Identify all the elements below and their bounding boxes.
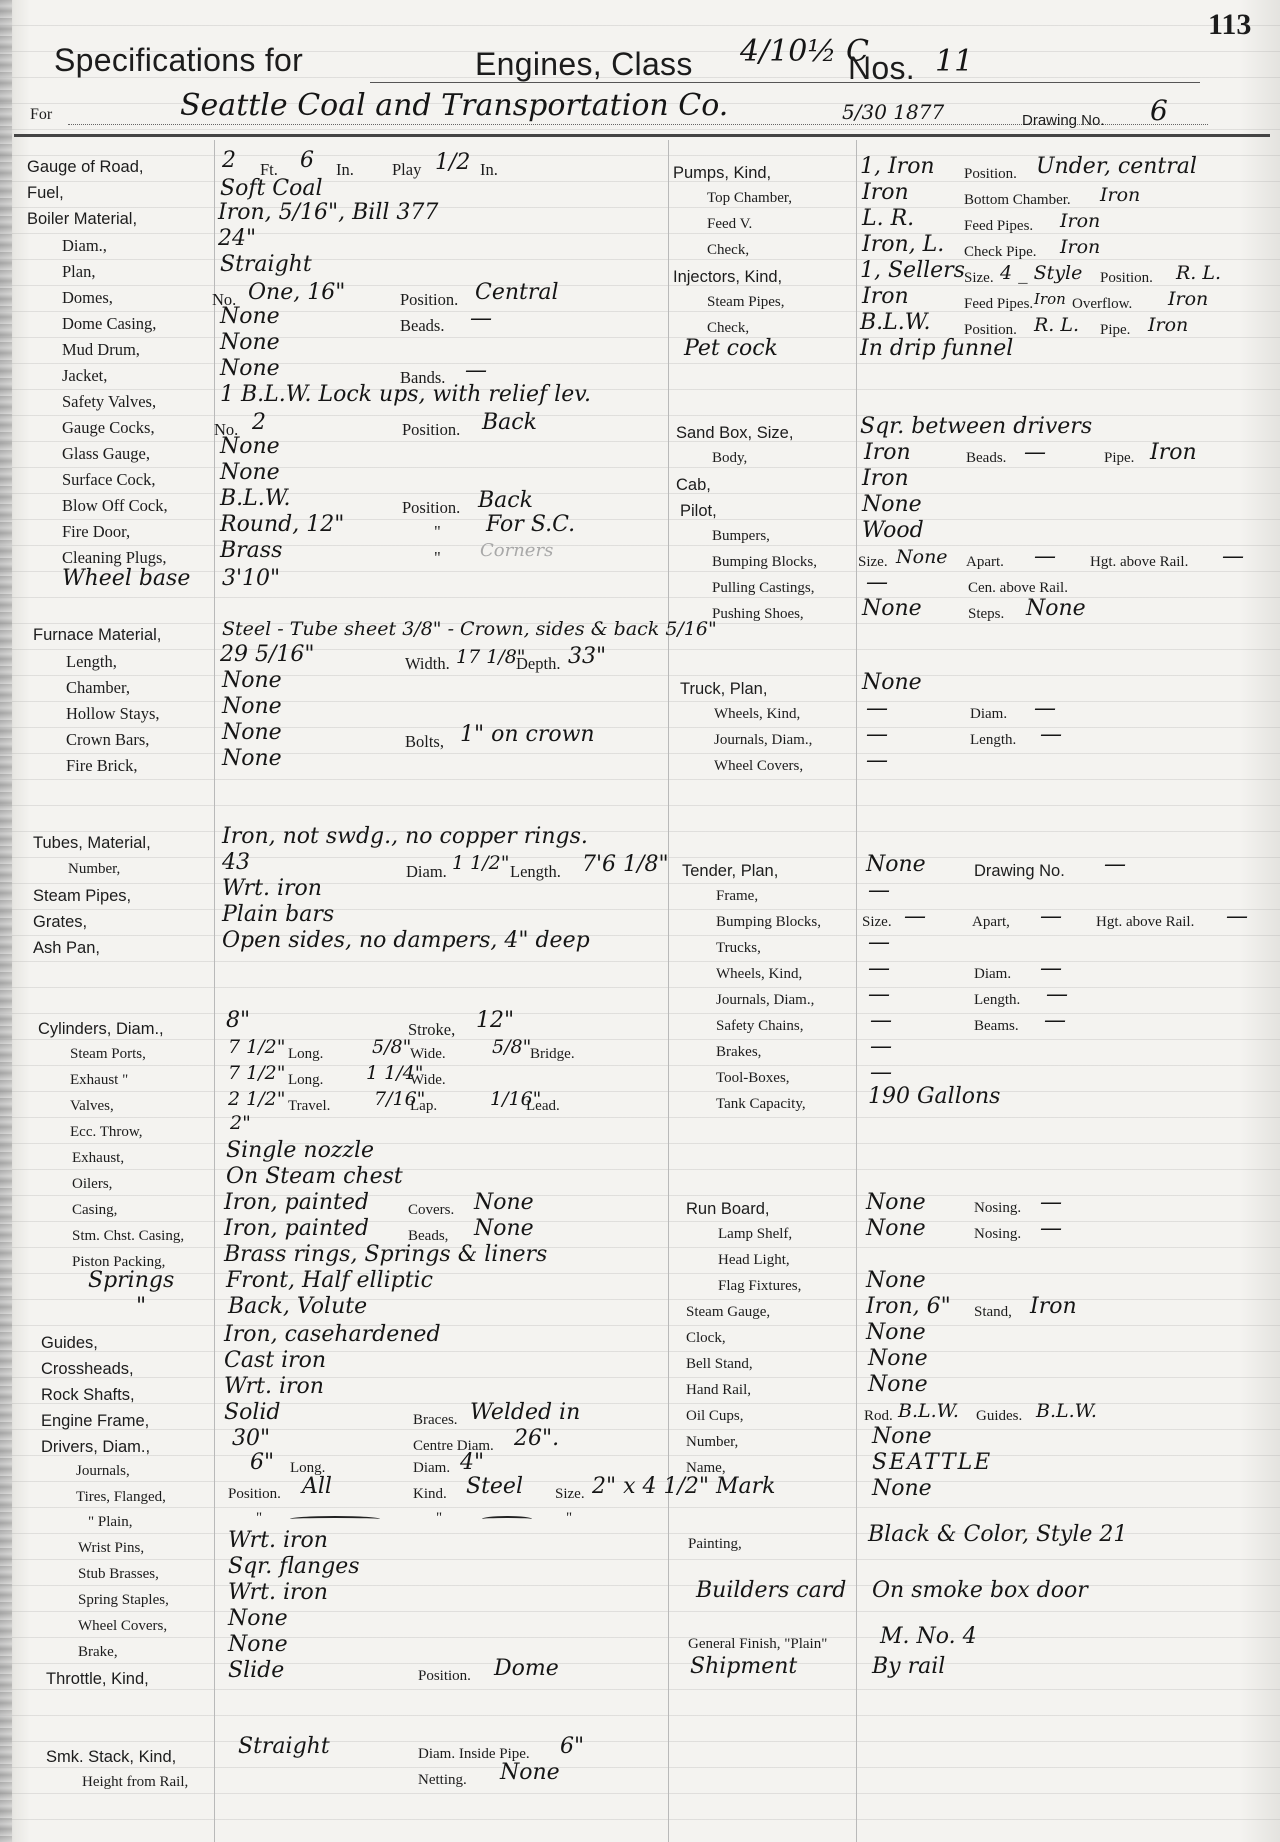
grates-value: Plain bars: [222, 902, 334, 927]
label-pilot: Pilot,: [680, 502, 717, 521]
blank-dash: [482, 1516, 532, 1522]
engine-frame-value: Solid: [224, 1400, 280, 1425]
label-cylinders: Cylinders, Diam.,: [38, 1020, 164, 1039]
label-run-board: Run Board,: [686, 1200, 769, 1219]
label-diam: Diam.,: [62, 236, 107, 256]
rock-shafts-value: Wrt. iron: [224, 1374, 324, 1399]
run-board-nosing: —: [1040, 1190, 1062, 1215]
tubes-material-value: Iron, not swdg., no copper rings.: [222, 824, 588, 849]
ditto-mark: ": [434, 522, 441, 542]
furnace-length-value: 29 5/16": [220, 642, 315, 667]
dome-casing-beads: —: [470, 306, 492, 331]
label-truck-plan: Truck, Plan,: [680, 680, 767, 699]
label-tool-boxes: Tool-Boxes,: [716, 1070, 790, 1087]
gauge-ft: 2: [222, 148, 236, 173]
pumps-value: 1, Iron: [860, 154, 935, 179]
label-overflow: Overflow.: [1072, 296, 1132, 313]
casing-value: Iron, painted: [224, 1190, 369, 1215]
label-jacket: Jacket,: [62, 366, 107, 386]
for-label: For: [30, 106, 52, 124]
hand-rail-value: None: [868, 1372, 928, 1397]
tender-trucks-value: —: [868, 930, 890, 955]
ecc-throw-value: 2": [230, 1112, 251, 1134]
pumps-position: Under, central: [1036, 154, 1197, 179]
label-feed-pipes: Feed Pipes.: [964, 296, 1033, 313]
label-top-chamber: Top Chamber,: [707, 190, 792, 207]
label-blow-off-cock: Blow Off Cock,: [62, 496, 168, 516]
label-spring-staples: Spring Staples,: [78, 1592, 169, 1609]
steam-gauge-stand: Iron: [1030, 1294, 1077, 1319]
ditto-mark: ": [566, 1510, 572, 1527]
label-length: Length.: [510, 862, 561, 882]
casing-covers: None: [474, 1190, 534, 1215]
column-divider: [856, 140, 857, 1842]
label-safety-chains: Safety Chains,: [716, 1018, 804, 1035]
label-stand: Stand,: [974, 1304, 1012, 1321]
label-travel: Travel.: [288, 1098, 330, 1115]
label-stm-chst-casing: Stm. Chst. Casing,: [72, 1228, 184, 1245]
feed-v-value: L. R.: [862, 206, 914, 231]
crown-bars-value: None: [222, 720, 282, 745]
label-drivers: Drivers, Diam.,: [41, 1438, 150, 1457]
ditto-mark: ": [436, 1510, 442, 1527]
label-grates: Grates,: [33, 913, 87, 932]
steam-pipes-value: Wrt. iron: [222, 876, 322, 901]
customer-name: Seattle Coal and Transportation Co.: [180, 88, 728, 123]
springs-ditto: ": [136, 1294, 146, 1319]
glass-gauge-value: None: [220, 434, 280, 459]
label-size: Size.: [862, 914, 892, 931]
furnace-depth: 33": [568, 644, 606, 669]
truck-wheel-covers-value: —: [866, 748, 888, 773]
label-position: Position.: [964, 166, 1017, 183]
label-in: In.: [336, 160, 354, 180]
lamp-shelf-nosing: —: [1040, 1216, 1062, 1241]
label-head-light: Head Light,: [718, 1252, 790, 1269]
number-value: None: [872, 1424, 932, 1449]
order-date: 5/30 1877: [842, 100, 944, 124]
throttle-value: Slide: [228, 1658, 284, 1683]
label-position: Position.: [418, 1668, 471, 1685]
inj-feed-pipes-value: Iron: [1034, 290, 1066, 308]
steam-ports-bridge: 5/8": [492, 1036, 531, 1058]
label-builders-card: Builders card: [696, 1578, 846, 1603]
title-prefix: Specifications for: [54, 42, 303, 79]
mud-drum-value: None: [220, 330, 280, 355]
drivers-value: 30": [232, 1426, 270, 1451]
tubes-diam: 1 1/2": [452, 852, 509, 874]
inj-steam-pipes-value: Iron: [862, 284, 909, 309]
brakes-value: —: [870, 1034, 892, 1059]
drawing-label: Drawing No.: [1022, 112, 1105, 129]
label-diam: Diam.: [413, 1460, 450, 1477]
label-netting: Netting.: [418, 1772, 467, 1789]
springs-front-value: Front, Half elliptic: [226, 1268, 433, 1293]
label-nosing: Nosing.: [974, 1226, 1021, 1243]
label-diam: Diam.: [974, 966, 1011, 983]
label-tender-journals: Journals, Diam.,: [716, 992, 814, 1009]
netting-value: None: [500, 1760, 560, 1785]
guides-value: Iron, casehardened: [224, 1322, 441, 1347]
label-position: Position.: [1100, 270, 1153, 287]
truck-wheels-value: —: [866, 696, 888, 721]
piston-packing-value: Brass rings, Springs & liners: [224, 1242, 547, 1267]
name-value: SEATTLE: [872, 1450, 992, 1475]
safety-chains-value: —: [870, 1008, 892, 1033]
inj-check-position: R. L.: [1034, 314, 1079, 336]
label-pipe: Pipe.: [1104, 450, 1134, 467]
label-dome-casing: Dome Casing,: [62, 314, 156, 334]
label-stroke: Stroke,: [408, 1020, 455, 1040]
label-flag-fixtures: Flag Fixtures,: [718, 1278, 801, 1295]
crown-bars-bolts: 1" on crown: [460, 722, 595, 747]
inj-check-pipe: Iron: [1148, 314, 1188, 336]
cylinders-value: 8": [226, 1008, 250, 1033]
label-play-in: In.: [480, 160, 498, 180]
label-tender-plan: Tender, Plan,: [682, 862, 778, 881]
label-width: Width.: [405, 654, 450, 674]
label-hollow-stays: Hollow Stays,: [66, 704, 160, 724]
label-apart: Apart,: [972, 914, 1010, 931]
tender-frame-value: —: [868, 878, 890, 903]
tender-bumping-size: —: [904, 904, 926, 929]
label-bumpers: Bumpers,: [712, 528, 770, 545]
label-position: Position.: [228, 1486, 281, 1503]
journals-diam: 4": [460, 1450, 484, 1475]
steam-ports-long: 7 1/2": [228, 1036, 285, 1058]
surface-cock-value: None: [220, 460, 280, 485]
label-bottom-chamber: Bottom Chamber.: [964, 192, 1071, 209]
label-shipment: Shipment: [690, 1654, 797, 1679]
gauge-cocks-position: Back: [482, 410, 537, 435]
engine-frame-braces: Welded in: [470, 1400, 580, 1425]
specification-sheet: 113 Specifications for Engines, Class 4/…: [0, 0, 1280, 1842]
diam-value: 24": [218, 226, 256, 251]
valves-travel: 2 1/2": [228, 1088, 285, 1110]
label-injectors: Injectors, Kind,: [673, 268, 782, 287]
gauge-play: 1/2: [435, 150, 470, 175]
truck-journals-length: —: [1040, 722, 1062, 747]
domes-position: Central: [475, 280, 559, 305]
drawing-number: 6: [1150, 94, 1168, 127]
label-hand-rail: Hand Rail,: [686, 1382, 751, 1399]
tool-boxes-value: —: [870, 1060, 892, 1085]
label-tank-capacity: Tank Capacity,: [716, 1096, 806, 1113]
bumping-blocks-apart: —: [1034, 544, 1056, 569]
brake-value: None: [228, 1632, 288, 1657]
label-tender-bumping: Bumping Blocks,: [716, 914, 821, 931]
label-surface-cock: Surface Cock,: [62, 470, 155, 490]
stm-chst-casing-value: Iron, painted: [224, 1216, 369, 1241]
pulling-castings-value: —: [866, 570, 888, 595]
tires-flanged-position: All: [302, 1474, 332, 1499]
steam-gauge-value: Iron, 6": [866, 1294, 951, 1319]
body-beads: —: [1024, 440, 1046, 465]
label-beams: Beams.: [974, 1018, 1019, 1035]
tender-bumping-hgt: —: [1226, 904, 1248, 929]
label-mud-drum: Mud Drum,: [62, 340, 140, 360]
label-length: Length,: [66, 652, 117, 672]
oilers-value: On Steam chest: [226, 1164, 403, 1189]
label-size: Size.: [858, 554, 888, 571]
label-length: Length.: [974, 992, 1020, 1009]
label-depth: Depth.: [516, 654, 560, 674]
label-journals: Journals,: [76, 1463, 130, 1480]
label-wheel-covers: Wheel Covers,: [78, 1618, 167, 1635]
top-chamber-value: Iron: [862, 180, 909, 205]
label-position: Position.: [402, 498, 460, 518]
label-size: Size.: [555, 1486, 585, 1503]
tender-bumping-apart: —: [1040, 904, 1062, 929]
label-beads: Beads.: [400, 316, 444, 336]
label-general-finish: General Finish, "Plain": [688, 1636, 827, 1653]
label-boiler-material: Boiler Material,: [27, 210, 137, 229]
tender-journals-value: —: [868, 982, 890, 1007]
truck-wheels-diam: —: [1034, 696, 1056, 721]
label-size: Size.: [964, 270, 994, 287]
furnace-material-value: Steel - Tube sheet 3/8" - Crown, sides &…: [222, 618, 717, 640]
run-board-value: None: [866, 1190, 926, 1215]
plan-value: Straight: [220, 252, 312, 277]
label-lap: Lap.: [410, 1098, 437, 1115]
label-tender-frame: Frame,: [716, 888, 758, 905]
label-pet-cock: Pet cock: [684, 336, 778, 361]
label-diam: Diam.: [970, 706, 1007, 723]
blow-off-cock-position: Back: [478, 488, 533, 513]
dome-casing-value: None: [220, 304, 280, 329]
spring-staples-value: Wrt. iron: [228, 1580, 328, 1605]
smk-stack-value: Straight: [238, 1734, 330, 1759]
label-plan: Plan,: [62, 262, 95, 282]
truck-journals-value: —: [866, 722, 888, 747]
label-wide: Wide.: [410, 1046, 446, 1063]
label-pumps: Pumps, Kind,: [673, 164, 771, 183]
label-check: Check,: [707, 242, 749, 259]
label-steam-ports: Steam Ports,: [70, 1046, 146, 1063]
domes-value: One, 16": [248, 280, 345, 305]
label-exhaust: Exhaust,: [72, 1150, 124, 1167]
tender-wheels-value: —: [868, 956, 890, 981]
label-wheel-base: Wheel base: [62, 566, 190, 591]
blow-off-cock-value: B.L.W.: [220, 486, 291, 511]
mark-value: None: [872, 1476, 932, 1501]
body-pipe: Iron: [1150, 440, 1197, 465]
label-glass-gauge: Glass Gauge,: [62, 444, 150, 464]
label-cen-above-rail: Cen. above Rail.: [968, 580, 1068, 597]
tender-plan-value: None: [866, 852, 926, 877]
label-inj-steam-pipes: Steam Pipes,: [707, 294, 785, 311]
label-feed-pipes: Feed Pipes.: [964, 218, 1033, 235]
label-safety-valves: Safety Valves,: [62, 392, 156, 412]
cleaning-plugs-value: Brass: [220, 538, 282, 563]
label-name: Name,: [686, 1460, 726, 1477]
label-covers: Covers.: [408, 1202, 454, 1219]
pilot-value: None: [862, 492, 922, 517]
label-sand-box: Sand Box, Size,: [676, 424, 793, 443]
label-engine-frame: Engine Frame,: [41, 1412, 149, 1431]
label-gauge-of-road: Gauge of Road,: [27, 158, 144, 177]
label-fuel: Fuel,: [27, 184, 64, 203]
inj-check-value: B.L.W.: [860, 310, 931, 335]
label-long: Long.: [288, 1072, 323, 1089]
pet-cock-value: In drip funnel: [860, 336, 1013, 361]
steam-ports-wide: 5/8": [372, 1036, 411, 1058]
stm-chst-casing-beads: None: [474, 1216, 534, 1241]
bell-stand-value: None: [868, 1346, 928, 1371]
label-stub-brasses: Stub Brasses,: [78, 1566, 159, 1583]
label-bridge: Bridge.: [530, 1046, 575, 1063]
tires-flanged-kind: Steel: [466, 1474, 523, 1499]
label-cleaning-plugs: Cleaning Plugs,: [62, 548, 167, 568]
fire-door-position: For S.C.: [486, 512, 575, 537]
tires-flanged-size: 2" x 4 1/2" Mark: [592, 1474, 776, 1499]
tubes-length: 7'6 1/8": [582, 852, 669, 877]
label-springs: Springs: [88, 1268, 174, 1293]
feed-pipes-value: Iron: [1060, 210, 1100, 232]
label-pushing-shoes: Pushing Shoes,: [712, 606, 804, 623]
label-crossheads: Crossheads,: [41, 1360, 134, 1379]
label-clock: Clock,: [686, 1330, 726, 1347]
label-wide: Wide.: [410, 1072, 446, 1089]
label-nosing: Nosing.: [974, 1200, 1021, 1217]
engine-numbers: 11: [935, 44, 973, 79]
cylinders-stroke: 12": [476, 1008, 514, 1033]
oil-cups-guides: B.L.W.: [1036, 1400, 1097, 1422]
label-position: Position.: [402, 420, 460, 440]
label-brake: Brake,: [78, 1644, 118, 1661]
injectors-size: 4 _ Style: [1000, 262, 1082, 284]
label-exhaust-ports: Exhaust ": [70, 1072, 128, 1089]
fire-brick-value: None: [222, 746, 282, 771]
check-value: Iron, L.: [862, 232, 944, 257]
label-apart: Apart.: [966, 554, 1004, 571]
throttle-position: Dome: [494, 1656, 559, 1681]
label-casing: Casing,: [72, 1202, 117, 1219]
label-furnace-material: Furnace Material,: [33, 626, 161, 645]
cab-value: Iron: [862, 466, 909, 491]
shipment-value: By rail: [872, 1654, 945, 1679]
bumping-blocks-hgt: —: [1222, 544, 1244, 569]
tender-drawing-value: —: [1104, 852, 1126, 877]
boiler-material-value: Iron, 5/16", Bill 377: [218, 200, 438, 225]
label-oilers: Oilers,: [72, 1176, 112, 1193]
fire-door-value: Round, 12": [220, 512, 344, 537]
label-valves: Valves,: [70, 1098, 114, 1115]
header-rule: [14, 134, 1270, 137]
label-fire-door: Fire Door,: [62, 522, 130, 542]
label-tender-trucks: Trucks,: [716, 940, 761, 957]
label-rock-shafts: Rock Shafts,: [41, 1386, 135, 1405]
pushing-shoes-value: None: [862, 596, 922, 621]
label-number: Number,: [68, 861, 120, 878]
label-inj-check: Check,: [707, 320, 749, 337]
safety-chains-beams: —: [1044, 1008, 1066, 1033]
title-engines: Engines, Class: [475, 46, 693, 83]
smk-stack-diam: 6": [560, 1734, 584, 1759]
ash-pan-value: Open sides, no dampers, 4" deep: [222, 928, 590, 953]
label-guides: Guides.: [976, 1408, 1022, 1425]
fuel-value: Soft Coal: [220, 176, 323, 201]
label-hgt-above-rail: Hgt. above Rail.: [1096, 914, 1194, 931]
label-position: Position.: [400, 290, 458, 310]
label-drawing-no: Drawing No.: [974, 862, 1065, 881]
exhaust-value: Single nozzle: [226, 1138, 374, 1163]
label-pipe: Pipe.: [1100, 322, 1130, 339]
oil-cups-rod: B.L.W.: [898, 1400, 959, 1422]
label-guides: Guides,: [41, 1334, 98, 1353]
label-cab: Cab,: [676, 476, 711, 495]
label-pulling-castings: Pulling Castings,: [712, 580, 815, 597]
chamber-value: None: [222, 668, 282, 693]
label-tubes-material: Tubes, Material,: [33, 834, 151, 853]
label-body: Body,: [712, 450, 747, 467]
tender-journals-length: —: [1046, 982, 1068, 1007]
label-number: Number,: [686, 1434, 738, 1451]
label-truck-wheel-covers: Wheel Covers,: [714, 758, 803, 775]
label-ash-pan: Ash Pan,: [33, 939, 100, 958]
wrist-pins-value: Wrt. iron: [228, 1528, 328, 1553]
label-brakes: Brakes,: [716, 1044, 761, 1061]
jacket-value: None: [220, 356, 280, 381]
label-painting: Painting,: [688, 1536, 742, 1553]
builders-card-value: On smoke box door: [872, 1578, 1088, 1603]
label-throttle: Throttle, Kind,: [46, 1670, 149, 1689]
label-domes: Domes,: [62, 288, 113, 308]
label-length: Length.: [970, 732, 1016, 749]
bottom-chamber-value: Iron: [1100, 184, 1140, 206]
label-play: Play: [392, 160, 421, 180]
label-braces: Braces.: [413, 1412, 458, 1429]
general-finish-value: M. No. 4: [880, 1624, 977, 1649]
truck-plan-value: None: [862, 670, 922, 695]
crossheads-value: Cast iron: [224, 1348, 326, 1373]
label-ecc-throw: Ecc. Throw,: [70, 1124, 142, 1141]
hollow-stays-value: None: [222, 694, 282, 719]
title-underline: [370, 82, 1200, 83]
label-lead: Lead.: [526, 1098, 560, 1115]
bumpers-value: Wood: [862, 518, 924, 543]
journals-long: 6": [250, 1450, 274, 1475]
tender-wheels-diam: —: [1040, 956, 1062, 981]
label-tires-plain: " Plain,: [88, 1514, 132, 1531]
label-tender-wheels: Wheels, Kind,: [716, 966, 802, 983]
cleaning-plugs-position: Corners: [480, 540, 553, 561]
jacket-bands: —: [465, 358, 487, 383]
clock-value: None: [866, 1320, 926, 1345]
tubes-number-value: 43: [222, 850, 250, 875]
label-hgt-above-rail: Hgt. above Rail.: [1090, 554, 1188, 571]
drivers-centre: 26".: [514, 1426, 559, 1451]
inj-overflow-value: Iron: [1168, 288, 1208, 310]
safety-valves-value: 1 B.L.W. Lock ups, with relief lev.: [220, 382, 591, 407]
injectors-position: R. L.: [1176, 262, 1221, 284]
check-pipe-value: Iron: [1060, 236, 1100, 258]
binding-edge: [0, 0, 12, 1842]
ditto-mark: ": [256, 1510, 262, 1527]
lamp-shelf-value: None: [866, 1216, 926, 1241]
column-divider: [668, 140, 669, 1842]
label-smk-stack: Smk. Stack, Kind,: [46, 1748, 176, 1767]
painting-value: Black & Color, Style 21: [868, 1522, 1127, 1547]
steps-value: None: [1026, 596, 1086, 621]
wheel-base-value: 3'10": [222, 566, 280, 591]
flag-fixtures-value: None: [866, 1268, 926, 1293]
ditto-mark: ": [434, 548, 441, 568]
label-beads: Beads.: [966, 450, 1006, 467]
exhaust-ports-long: 7 1/2": [228, 1062, 285, 1084]
label-lamp-shelf: Lamp Shelf,: [718, 1226, 792, 1243]
label-truck-wheels: Wheels, Kind,: [714, 706, 800, 723]
